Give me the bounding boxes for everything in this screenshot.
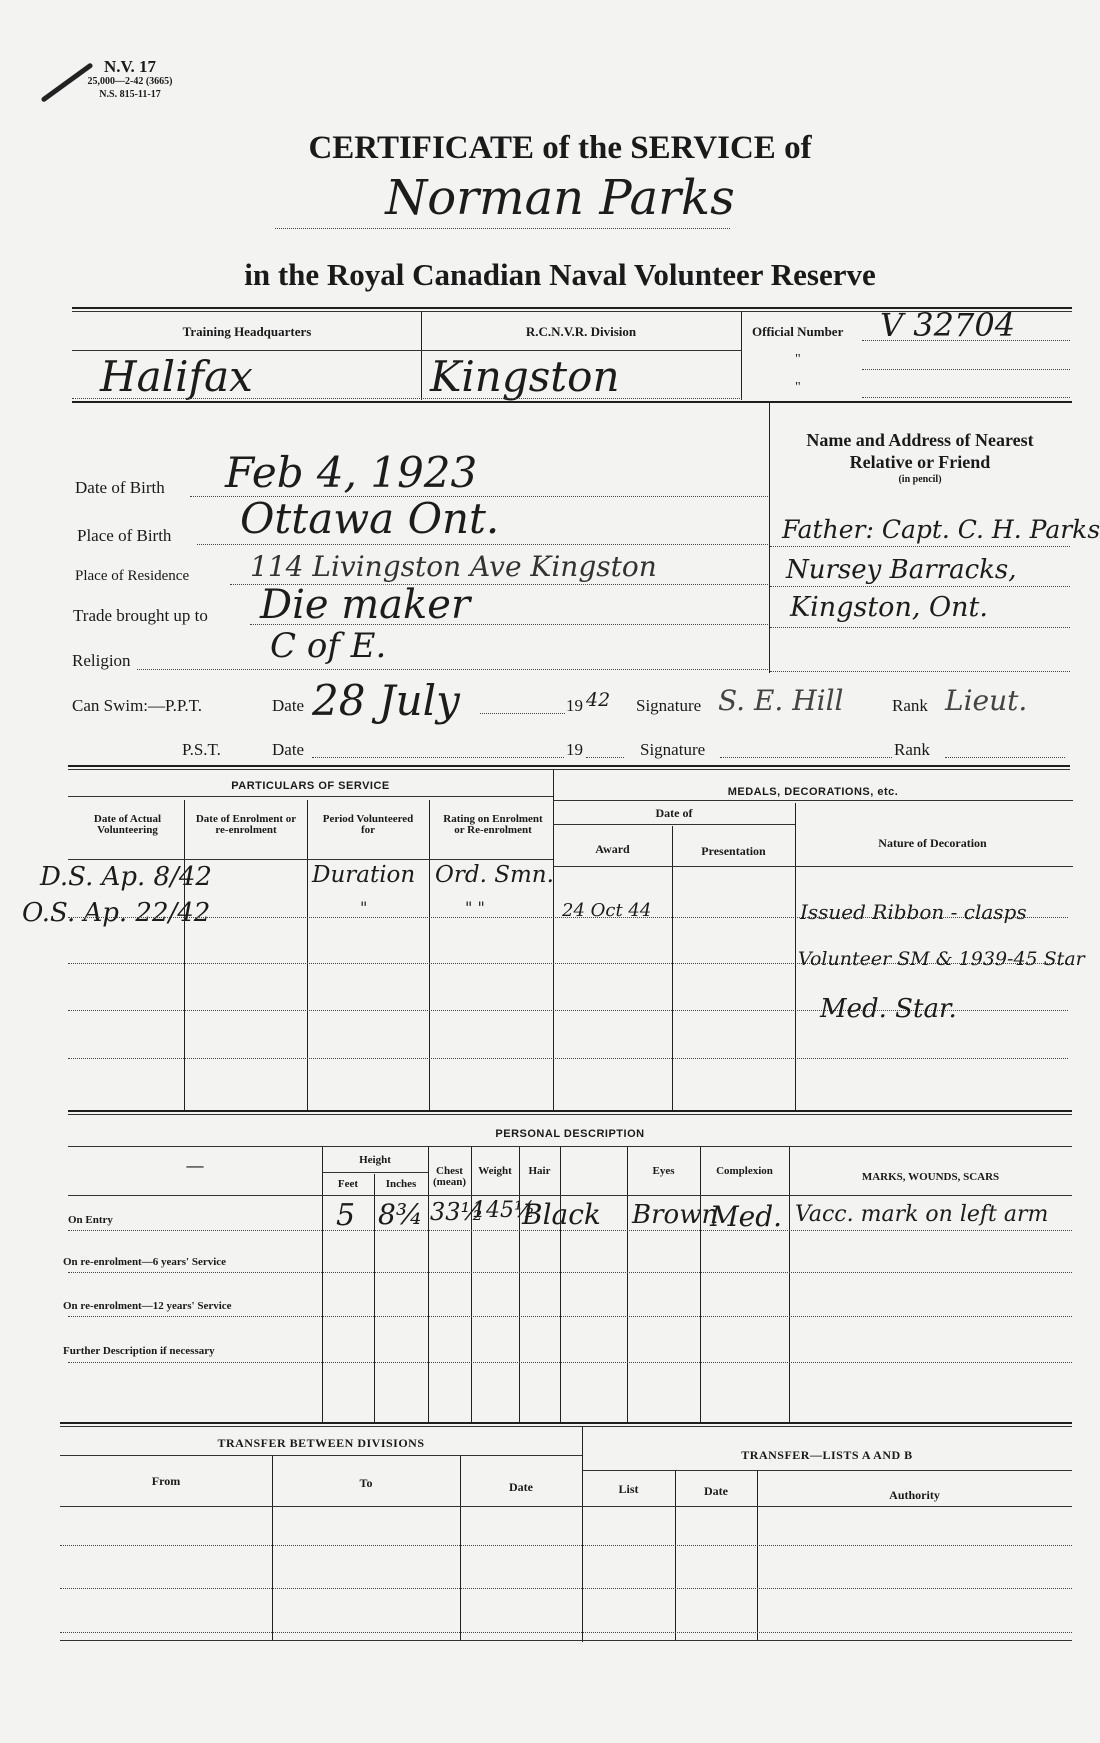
- transfer-divisions-title: TRANSFER BETWEEN DIVISIONS: [60, 1436, 582, 1451]
- pst-date-label: Date: [272, 740, 304, 760]
- residence-label: Place of Residence: [75, 568, 189, 585]
- dob-value[interactable]: Feb 4, 1923: [225, 448, 477, 497]
- service-col-period: Period Volunteered for: [318, 814, 418, 836]
- service-row2-rating[interactable]: " ": [465, 898, 485, 917]
- training-hq-value[interactable]: Halifax: [100, 352, 253, 401]
- trade-label: Trade brought up to: [73, 606, 208, 626]
- ditto-2: ": [795, 380, 801, 396]
- swim-year-prefix: 19: [566, 696, 583, 716]
- service-row1-period[interactable]: Duration: [312, 862, 415, 888]
- row-label-further: Further Description if necessary: [63, 1345, 215, 1357]
- relative-line-3[interactable]: Kingston, Ont.: [790, 592, 988, 623]
- pst-year-prefix: 19: [566, 740, 583, 760]
- form-code-line2: 25,000—2-42 (3665): [75, 76, 185, 88]
- medal-row2-nature[interactable]: Volunteer SM & 1939-45 Star: [798, 948, 1085, 970]
- transfer-col-to: To: [272, 1476, 460, 1491]
- trade-value[interactable]: Die maker: [260, 582, 470, 628]
- division-value[interactable]: Kingston: [430, 352, 620, 401]
- row-label-entry: On Entry: [68, 1214, 113, 1226]
- medals-col-presentation: Presentation: [672, 844, 795, 859]
- member-name: Norman Parks: [0, 170, 1100, 226]
- dob-label: Date of Birth: [75, 478, 165, 498]
- pst-label: P.S.T.: [182, 740, 221, 760]
- religion-label: Religion: [72, 651, 131, 671]
- form-code-line3: N.S. 815-11-17: [75, 88, 185, 101]
- training-hq-label: Training Headquarters: [72, 324, 422, 340]
- division-label: R.C.N.V.R. Division: [421, 324, 741, 340]
- col-feet: Feet: [322, 1179, 374, 1190]
- transfer-col-list: List: [582, 1482, 675, 1497]
- religion-value[interactable]: C of E.: [270, 626, 386, 666]
- pob-label: Place of Birth: [77, 526, 171, 546]
- entry-inches[interactable]: 8¾: [378, 1198, 423, 1231]
- col-marks: MARKS, WOUNDS, SCARS: [789, 1172, 1072, 1183]
- pst-signature-label: Signature: [640, 740, 705, 760]
- col-eyes: Eyes: [627, 1166, 700, 1177]
- pst-rank-label: Rank: [894, 740, 930, 760]
- relative-line-2[interactable]: Nursey Barracks,: [786, 555, 1017, 585]
- relative-title-1: Name and Address of Nearest: [770, 430, 1070, 451]
- entry-hair[interactable]: Black: [522, 1198, 601, 1231]
- service-row1-volunteering[interactable]: D.S. Ap. 8/42: [40, 862, 212, 892]
- col-weight: Weight: [471, 1166, 519, 1177]
- entry-eyes[interactable]: Brown: [632, 1200, 718, 1230]
- service-title: PARTICULARS OF SERVICE: [68, 780, 553, 792]
- description-title: PERSONAL DESCRIPTION: [68, 1128, 1072, 1140]
- relative-title-2: Relative or Friend: [770, 452, 1070, 473]
- certificate-subtitle: in the Royal Canadian Naval Volunteer Re…: [0, 257, 1100, 293]
- medals-col-award: Award: [553, 842, 672, 857]
- medal-row1-award[interactable]: 24 Oct 44: [562, 900, 651, 921]
- transfer-lists-title: TRANSFER—LISTS A AND B: [582, 1448, 1072, 1463]
- service-col-volunteering: Date of Actual Volunteering: [80, 814, 175, 836]
- ditto-1: ": [795, 352, 801, 368]
- medals-title: MEDALS, DECORATIONS, etc.: [553, 786, 1073, 798]
- certificate-title: CERTIFICATE of the SERVICE of: [0, 130, 1100, 167]
- service-row2-volunteering[interactable]: O.S. Ap. 22/42: [22, 898, 210, 928]
- swim-signature-value[interactable]: S. E. Hill: [718, 684, 844, 717]
- col-inches: Inches: [374, 1179, 428, 1190]
- residence-value[interactable]: 114 Livingston Ave Kingston: [250, 550, 657, 583]
- medals-date-of: Date of: [553, 806, 795, 821]
- col-complexion: Complexion: [700, 1166, 789, 1177]
- service-row1-rating[interactable]: Ord. Smn.: [435, 862, 554, 888]
- medal-row1-nature[interactable]: Issued Ribbon - clasps: [800, 900, 1027, 924]
- swim-rank-label: Rank: [892, 696, 928, 716]
- swim-year-value[interactable]: 42: [586, 689, 610, 711]
- entry-marks[interactable]: Vacc. mark on left arm: [795, 1202, 1048, 1227]
- name-underline: [275, 228, 730, 229]
- medals-col-nature: Nature of Decoration: [795, 836, 1070, 851]
- service-row2-period[interactable]: ": [360, 898, 367, 917]
- swim-label: Can Swim:—P.P.T.: [72, 696, 202, 716]
- entry-feet[interactable]: 5: [336, 1198, 355, 1233]
- transfer-col-from: From: [60, 1474, 272, 1489]
- col-hair: Hair: [519, 1166, 560, 1177]
- official-number-label: Official Number: [752, 324, 843, 340]
- relative-note: (in pencil): [770, 474, 1070, 485]
- transfer-col-date: Date: [460, 1480, 582, 1495]
- transfer-col-authority: Authority: [757, 1488, 1072, 1503]
- swim-date-value[interactable]: 28 July: [312, 676, 460, 725]
- relative-line-1[interactable]: Father: Capt. C. H. Parks: [782, 515, 1100, 544]
- medal-row3-nature[interactable]: Med. Star.: [820, 994, 957, 1024]
- row-label-12years: On re-enrolment—12 years' Service: [63, 1300, 232, 1312]
- official-number-value[interactable]: V 32704: [880, 306, 1015, 344]
- swim-date-label: Date: [272, 696, 304, 716]
- service-col-rating: Rating on Enrolment or Re-enrolment: [438, 814, 548, 836]
- entry-complexion[interactable]: Med.: [710, 1200, 782, 1233]
- pob-value[interactable]: Ottawa Ont.: [240, 494, 499, 543]
- swim-rank-value[interactable]: Lieut.: [945, 684, 1027, 717]
- transfer-col-list-date: Date: [675, 1484, 757, 1499]
- height-label: Height: [322, 1154, 428, 1166]
- row-label-6years: On re-enrolment—6 years' Service: [63, 1256, 226, 1268]
- swim-signature-label: Signature: [636, 696, 701, 716]
- col-chest: Chest (mean): [428, 1166, 471, 1188]
- description-dash: —: [68, 1156, 322, 1176]
- service-col-enrolment: Date of Enrolment or re-enrolment: [190, 814, 302, 836]
